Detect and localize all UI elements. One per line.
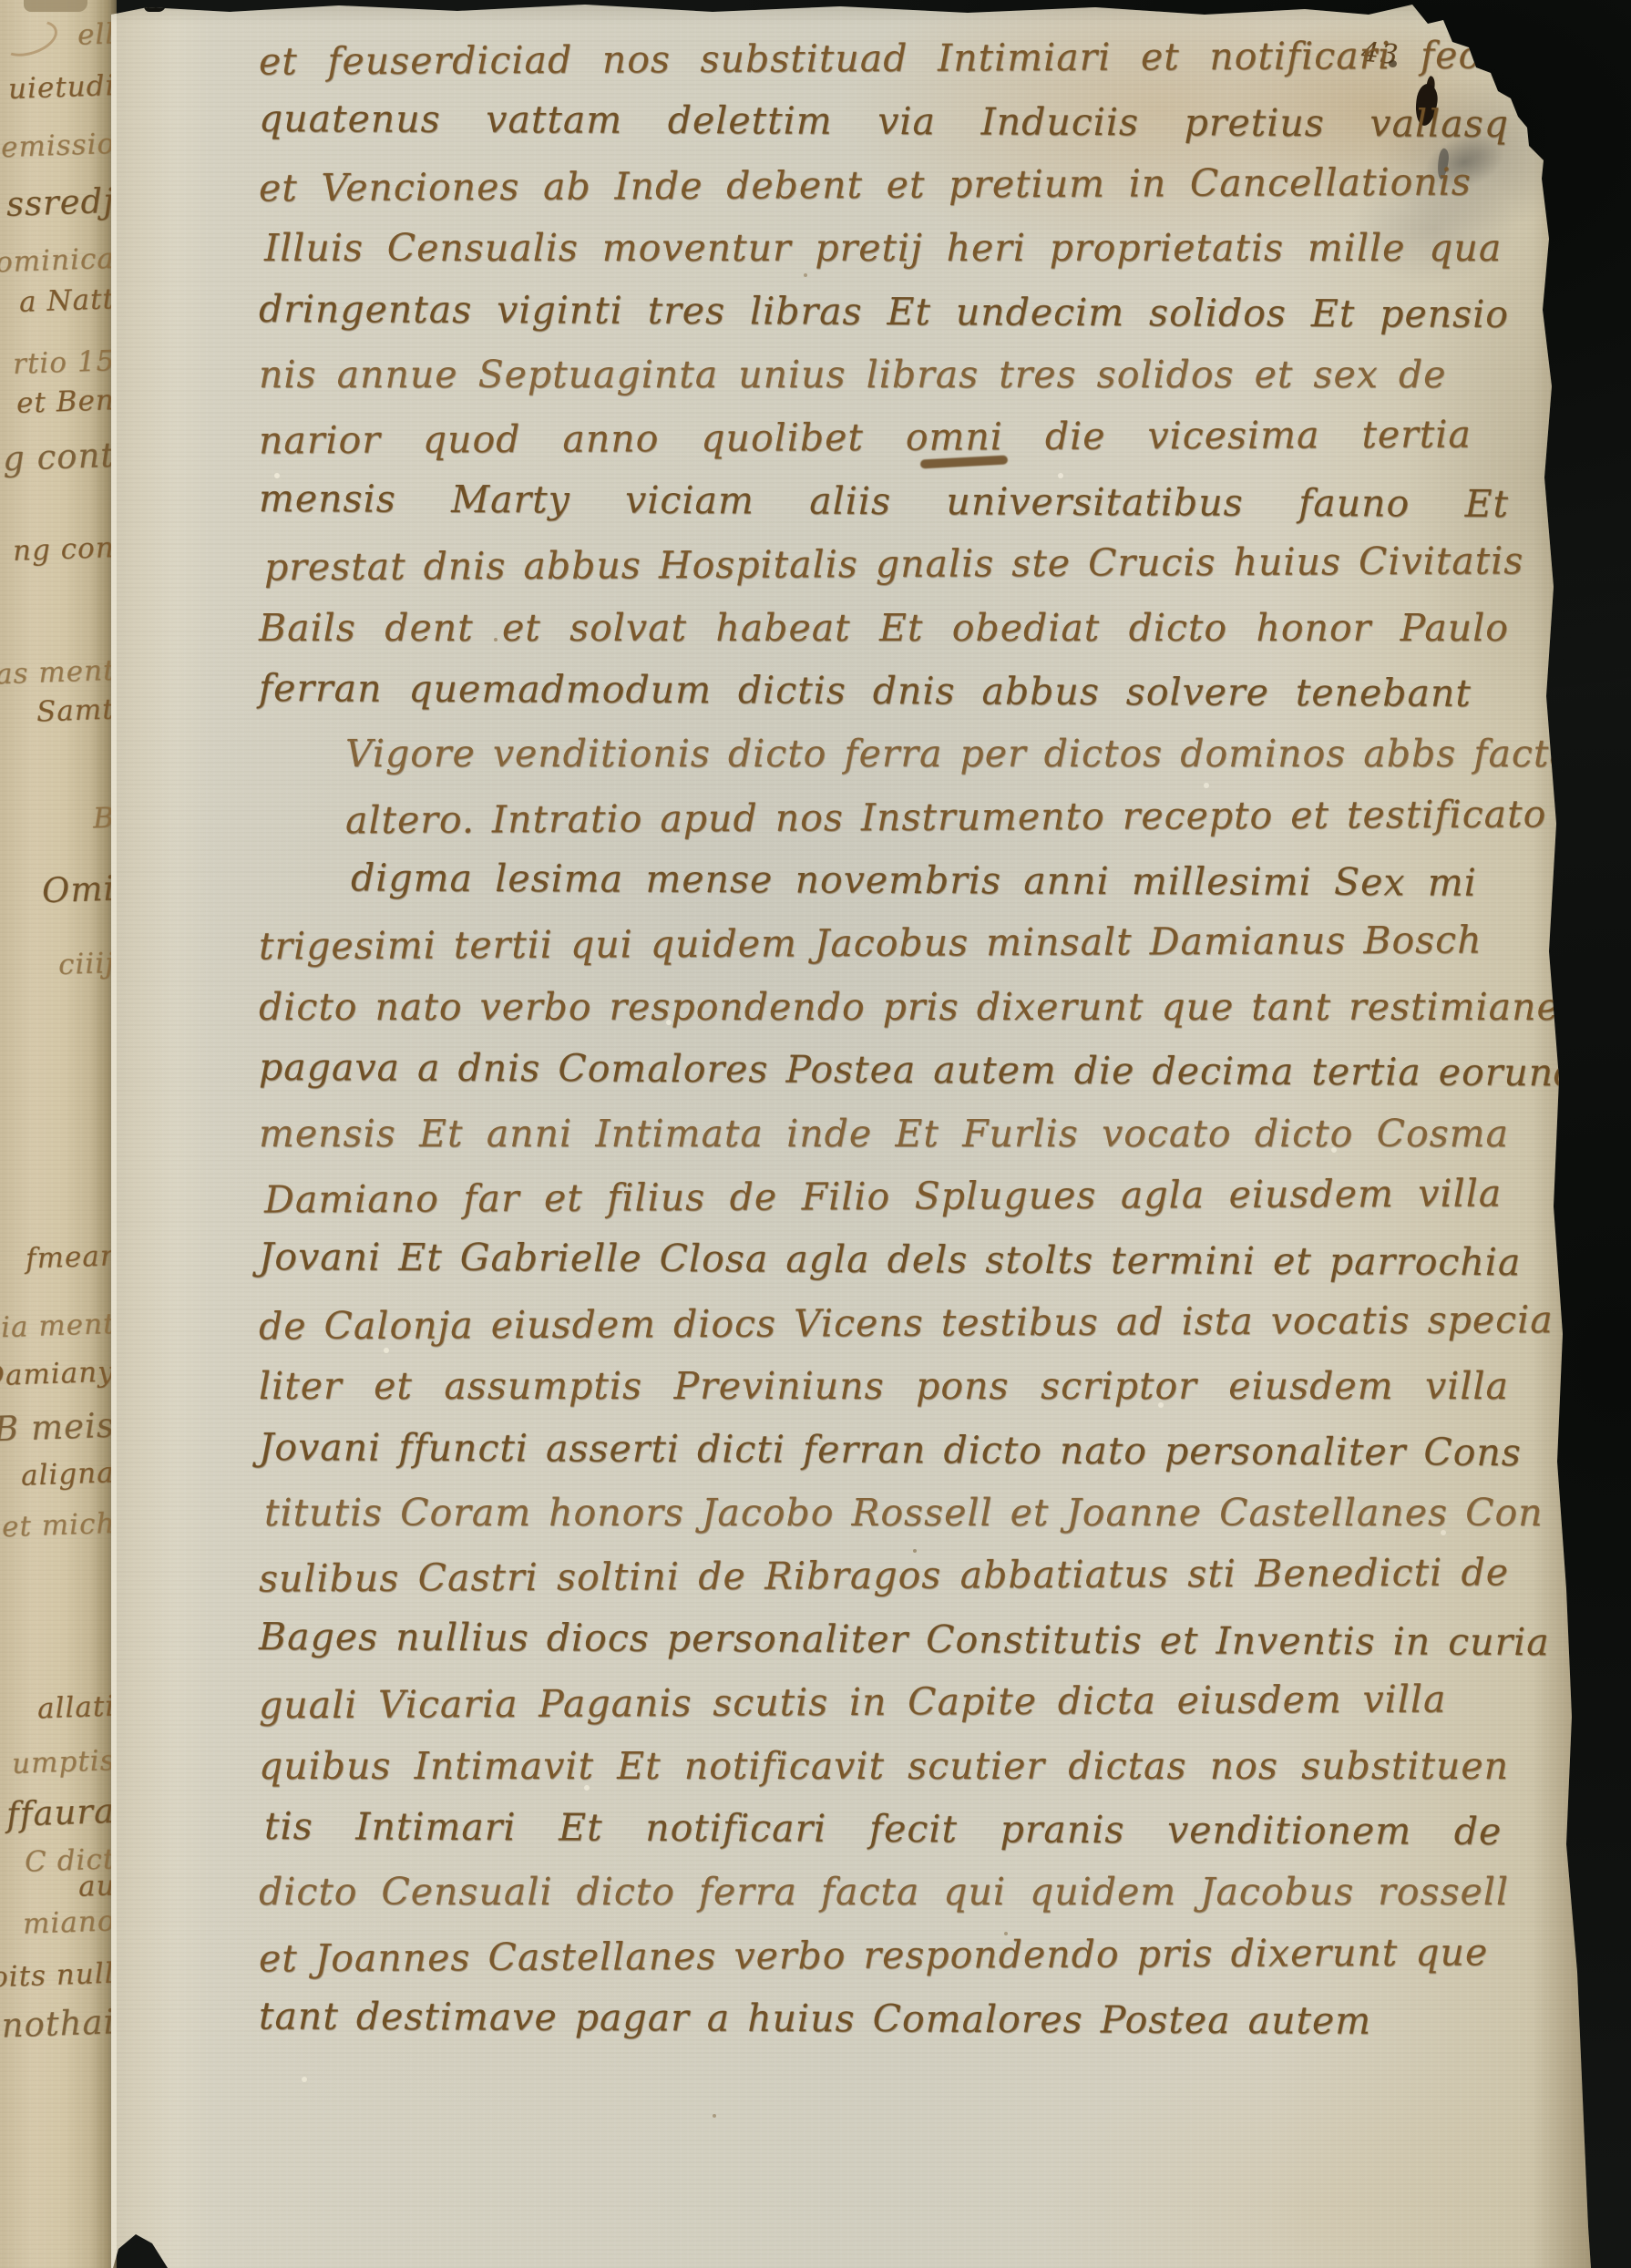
- margin-text-fragment: Omi: [41, 869, 116, 911]
- margin-text-fragment: ffaura: [5, 1791, 115, 1834]
- text-line: dringentas viginti tres libras Et undeci…: [259, 278, 1509, 346]
- text-line: altero. Intratio apud nos Instrumento re…: [345, 783, 1472, 852]
- margin-text-fragment: t nothai: [0, 2002, 116, 2046]
- margin-text-fragment: fmear: [26, 1239, 116, 1275]
- text-line: tis Intimari Et notificari fecit pranis …: [264, 1795, 1503, 1863]
- margin-text-fragment: a Natt: [19, 282, 116, 319]
- margin-text-fragment: oits null: [0, 1957, 116, 1995]
- margin-text-fragment: aligna: [21, 1456, 116, 1493]
- margin-text-fragment: g cont: [2, 436, 116, 478]
- text-line: pagava a dnis Comalores Postea autem die…: [259, 1036, 1509, 1104]
- previous-page-edge: elluietudiemissioCe ssredjominicaa Nattr…: [0, 0, 117, 2268]
- margin-text-fragment: Ce ssredj: [0, 181, 116, 226]
- margin-text-fragment: umptis: [11, 1744, 116, 1781]
- margin-text-fragment: emissio: [0, 128, 115, 164]
- margin-text-fragment: allati: [36, 1690, 115, 1726]
- text-line: tant destimave pagar a huius Comalores P…: [259, 1986, 1321, 2053]
- margin-text-fragment: Samt: [36, 693, 116, 729]
- text-line: nis annue Septuaginta unius libras tres …: [259, 344, 1446, 406]
- edge-nick: [171, 0, 185, 8]
- text-line: narior quod anno quolibet omni die vices…: [259, 404, 1472, 473]
- margin-text-fragment: au: [77, 1869, 116, 1903]
- margin-text-fragment: ng con: [13, 531, 116, 568]
- margin-text-fragment: et mich: [1, 1507, 115, 1544]
- text-line: et Venciones ab Inde debent et pretium i…: [259, 150, 1472, 220]
- text-line: quibus Intimavit Et notificavit scutier …: [259, 1735, 1509, 1798]
- margin-text-fragment: ominica: [0, 242, 116, 280]
- margin-text-fragment: rtio 15: [12, 344, 115, 381]
- margin-text-fragment: ell: [77, 17, 115, 51]
- text-line: Jovani ffuncti asserti dicti ferran dict…: [259, 1416, 1472, 1484]
- text-line: Damiano far et filius de Filio Splugues …: [264, 1162, 1503, 1232]
- margin-text-fragment: ciiij: [58, 947, 116, 981]
- text-line: dicto nato verbo respondendo pris dixeru…: [259, 976, 1509, 1039]
- text-line: Vigore venditionis dicto ferra per dicto…: [345, 723, 1472, 785]
- manuscript-page: 43 et feuserdiciad nos substituad Intimi…: [111, 0, 1595, 2268]
- text-line: et Joannes Castellanes verbo respondendo…: [259, 1921, 1472, 1990]
- text-line: trigesimi tertii qui quidem Jacobus mins…: [259, 909, 1472, 979]
- text-line: prestat dnis abbus Hospitalis gnalis ste…: [264, 530, 1503, 600]
- text-line: sulibus Castri soltini de Ribragos abbat…: [259, 1542, 1509, 1612]
- margin-text-fragment: miano: [22, 1904, 116, 1941]
- text-line: ferran quemadmodum dictis dnis abbus sol…: [259, 657, 1472, 725]
- text-line: guali Vicaria Paganis scutis in Capite d…: [259, 1668, 1447, 1738]
- text-line: quatenus vattam delettim via Induciis pr…: [259, 87, 1509, 156]
- text-line: liter et assumptis Previniuns pons scrip…: [259, 1355, 1509, 1418]
- margin-text-fragment: as ment: [0, 654, 116, 692]
- manuscript-photo: elluietudiemissioCe ssredjominicaa Nattr…: [0, 0, 1631, 2268]
- text-line: mensis Marty viciam aliis universitatibu…: [259, 467, 1509, 536]
- manuscript-text: et feuserdiciad nos substituad Intimiari…: [259, 27, 1509, 2051]
- margin-text-fragment: uietudi: [7, 69, 116, 106]
- margin-text-fragment: Damiany: [0, 1355, 116, 1392]
- margin-text-fragment: ia ment: [0, 1308, 116, 1344]
- text-line: Illuis Censualis moventur pretij heri pr…: [264, 217, 1502, 280]
- text-line: de Calonja eiusdem diocs Vicens testibus…: [259, 1288, 1509, 1359]
- text-line: dicto Censuali dicto ferra facta qui qui…: [259, 1861, 1509, 1924]
- text-line: mensis Et anni Intimata inde Et Furlis v…: [259, 1103, 1509, 1165]
- text-line: digma lesima mense novembris anni milles…: [351, 847, 1477, 915]
- text-line: Bages nullius diocs personaliter Constit…: [259, 1606, 1509, 1674]
- text-line: titutis Coram honors Jacobo Rossell et J…: [264, 1482, 1502, 1544]
- text-line: Bails dent et solvat habeat Et obediat d…: [259, 597, 1509, 660]
- edge-nick: [144, 0, 166, 12]
- margin-text-fragment: et Ben: [16, 384, 116, 420]
- text-line: Jovani Et Gabrielle Closa agla dels stol…: [259, 1226, 1447, 1295]
- margin-text-fragment: B meis: [0, 1406, 116, 1450]
- text-line: et feuserdiciad nos substituad Intimiari…: [259, 24, 1509, 94]
